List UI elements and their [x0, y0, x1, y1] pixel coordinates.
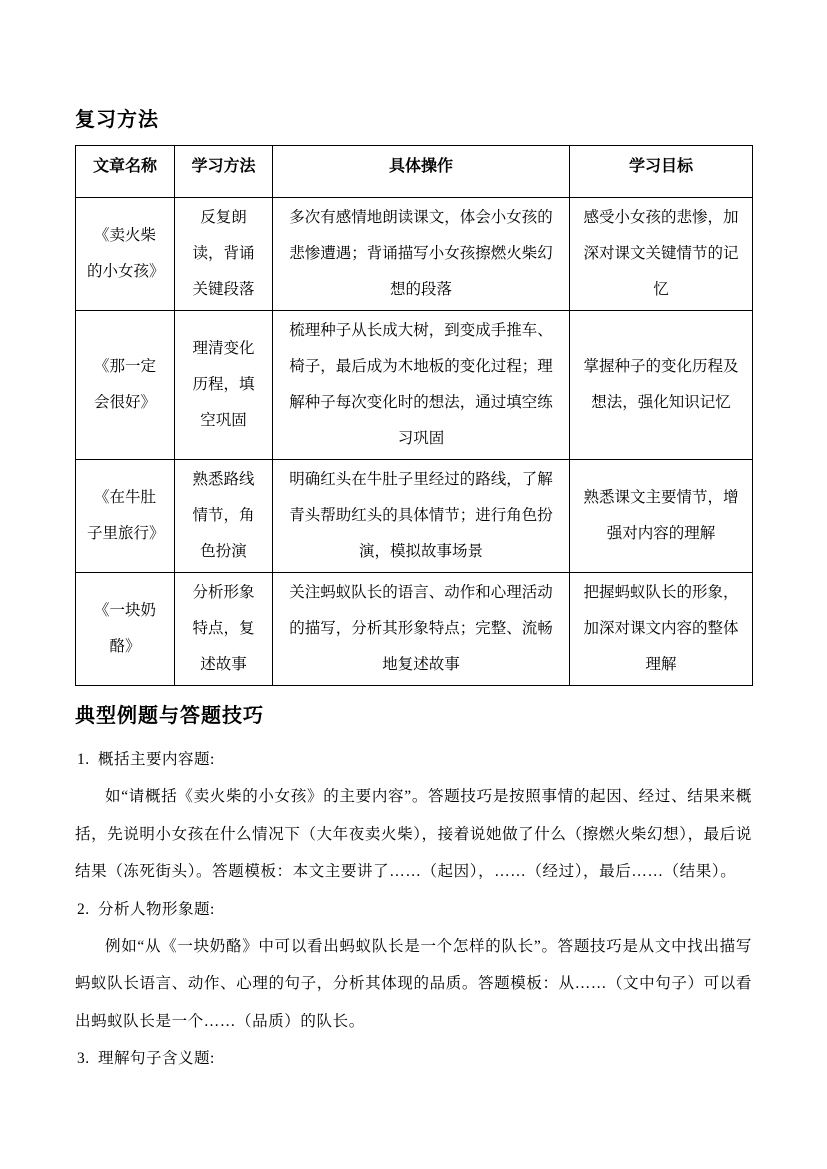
column-header-operation: 具体操作 [273, 146, 570, 198]
table-row: 《卖火柴的小女孩》 反复朗读，背诵关键段落 多次有感情地朗读课文，体会小女孩的悲… [76, 198, 753, 311]
cell-method: 理清变化历程，填空巩固 [175, 311, 273, 460]
table-header-row: 文章名称 学习方法 具体操作 学习目标 [76, 146, 753, 198]
table-row: 《那一定会很好》 理清变化历程，填空巩固 梳理种子从长成大树，到变成手推车、椅子… [76, 311, 753, 460]
list-item-title: 3.理解句子含义题: [75, 1040, 752, 1077]
list-item-title-text: 理解句子含义题: [98, 1050, 215, 1067]
cell-goal: 把握蚂蚁队长的形象，加深对课文内容的整体理解 [570, 573, 753, 686]
cell-goal: 掌握种子的变化历程及想法，强化知识记忆 [570, 311, 753, 460]
list-item-summarize-content: 1.概括主要内容题: 如“请概括《卖火柴的小女孩》的主要内容”。答题技巧是按照事… [75, 741, 752, 891]
cell-article: 《那一定会很好》 [76, 311, 175, 460]
list-item-body: 如“请概括《卖火柴的小女孩》的主要内容”。答题技巧是按照事情的起因、经过、结果来… [75, 778, 752, 891]
cell-operation: 关注蚂蚁队长的语言、动作和心理活动的描写，分析其形象特点；完整、流畅地复述故事 [273, 573, 570, 686]
list-item-analyze-character: 2.分析人物形象题: 例如“从《一块奶酪》中可以看出蚂蚁队长是一个怎样的队长”。… [75, 891, 752, 1041]
list-item-understand-sentence: 3.理解句子含义题: [75, 1040, 752, 1077]
table-row: 《一块奶酪》 分析形象特点，复述故事 关注蚂蚁队长的语言、动作和心理活动的描写，… [76, 573, 753, 686]
examples-section-list: 1.概括主要内容题: 如“请概括《卖火柴的小女孩》的主要内容”。答题技巧是按照事… [75, 741, 752, 1077]
table-row: 《在牛肚子里旅行》 熟悉路线情节，角色扮演 明确红头在牛肚子里经过的路线，了解青… [76, 460, 753, 573]
list-item-number: 2. [77, 891, 98, 928]
cell-article: 《在牛肚子里旅行》 [76, 460, 175, 573]
cell-method: 反复朗读，背诵关键段落 [175, 198, 273, 311]
column-header-article: 文章名称 [76, 146, 175, 198]
cell-article: 《一块奶酪》 [76, 573, 175, 686]
cell-operation: 多次有感情地朗读课文，体会小女孩的悲惨遭遇；背诵描写小女孩擦燃火柴幻想的段落 [273, 198, 570, 311]
list-item-title: 2.分析人物形象题: [75, 891, 752, 928]
list-item-number: 1. [77, 741, 98, 778]
column-header-goal: 学习目标 [570, 146, 753, 198]
list-item-title-text: 分析人物形象题: [98, 901, 215, 918]
cell-method: 熟悉路线情节，角色扮演 [175, 460, 273, 573]
cell-method: 分析形象特点，复述故事 [175, 573, 273, 686]
list-item-title-text: 概括主要内容题: [98, 751, 215, 768]
list-item-number: 3. [77, 1040, 98, 1077]
examples-techniques-heading: 典型例题与答题技巧 [75, 702, 752, 730]
cell-goal: 感受小女孩的悲惨，加深对课文关键情节的记忆 [570, 198, 753, 311]
review-methods-heading: 复习方法 [75, 106, 752, 134]
cell-goal: 熟悉课文主要情节，增强对内容的理解 [570, 460, 753, 573]
list-item-body: 例如“从《一块奶酪》中可以看出蚂蚁队长是一个怎样的队长”。答题技巧是从文中找出描… [75, 928, 752, 1041]
document-page: 复习方法 文章名称 学习方法 具体操作 学习目标 《卖火柴的小女孩》 反复朗读，… [0, 0, 827, 1169]
cell-operation: 明确红头在牛肚子里经过的路线，了解青头帮助红头的具体情节；进行角色扮演，模拟故事… [273, 460, 570, 573]
column-header-method: 学习方法 [175, 146, 273, 198]
cell-operation: 梳理种子从长成大树，到变成手推车、椅子，最后成为木地板的变化过程；理解种子每次变… [273, 311, 570, 460]
review-methods-table: 文章名称 学习方法 具体操作 学习目标 《卖火柴的小女孩》 反复朗读，背诵关键段… [75, 145, 753, 686]
list-item-title: 1.概括主要内容题: [75, 741, 752, 778]
cell-article: 《卖火柴的小女孩》 [76, 198, 175, 311]
